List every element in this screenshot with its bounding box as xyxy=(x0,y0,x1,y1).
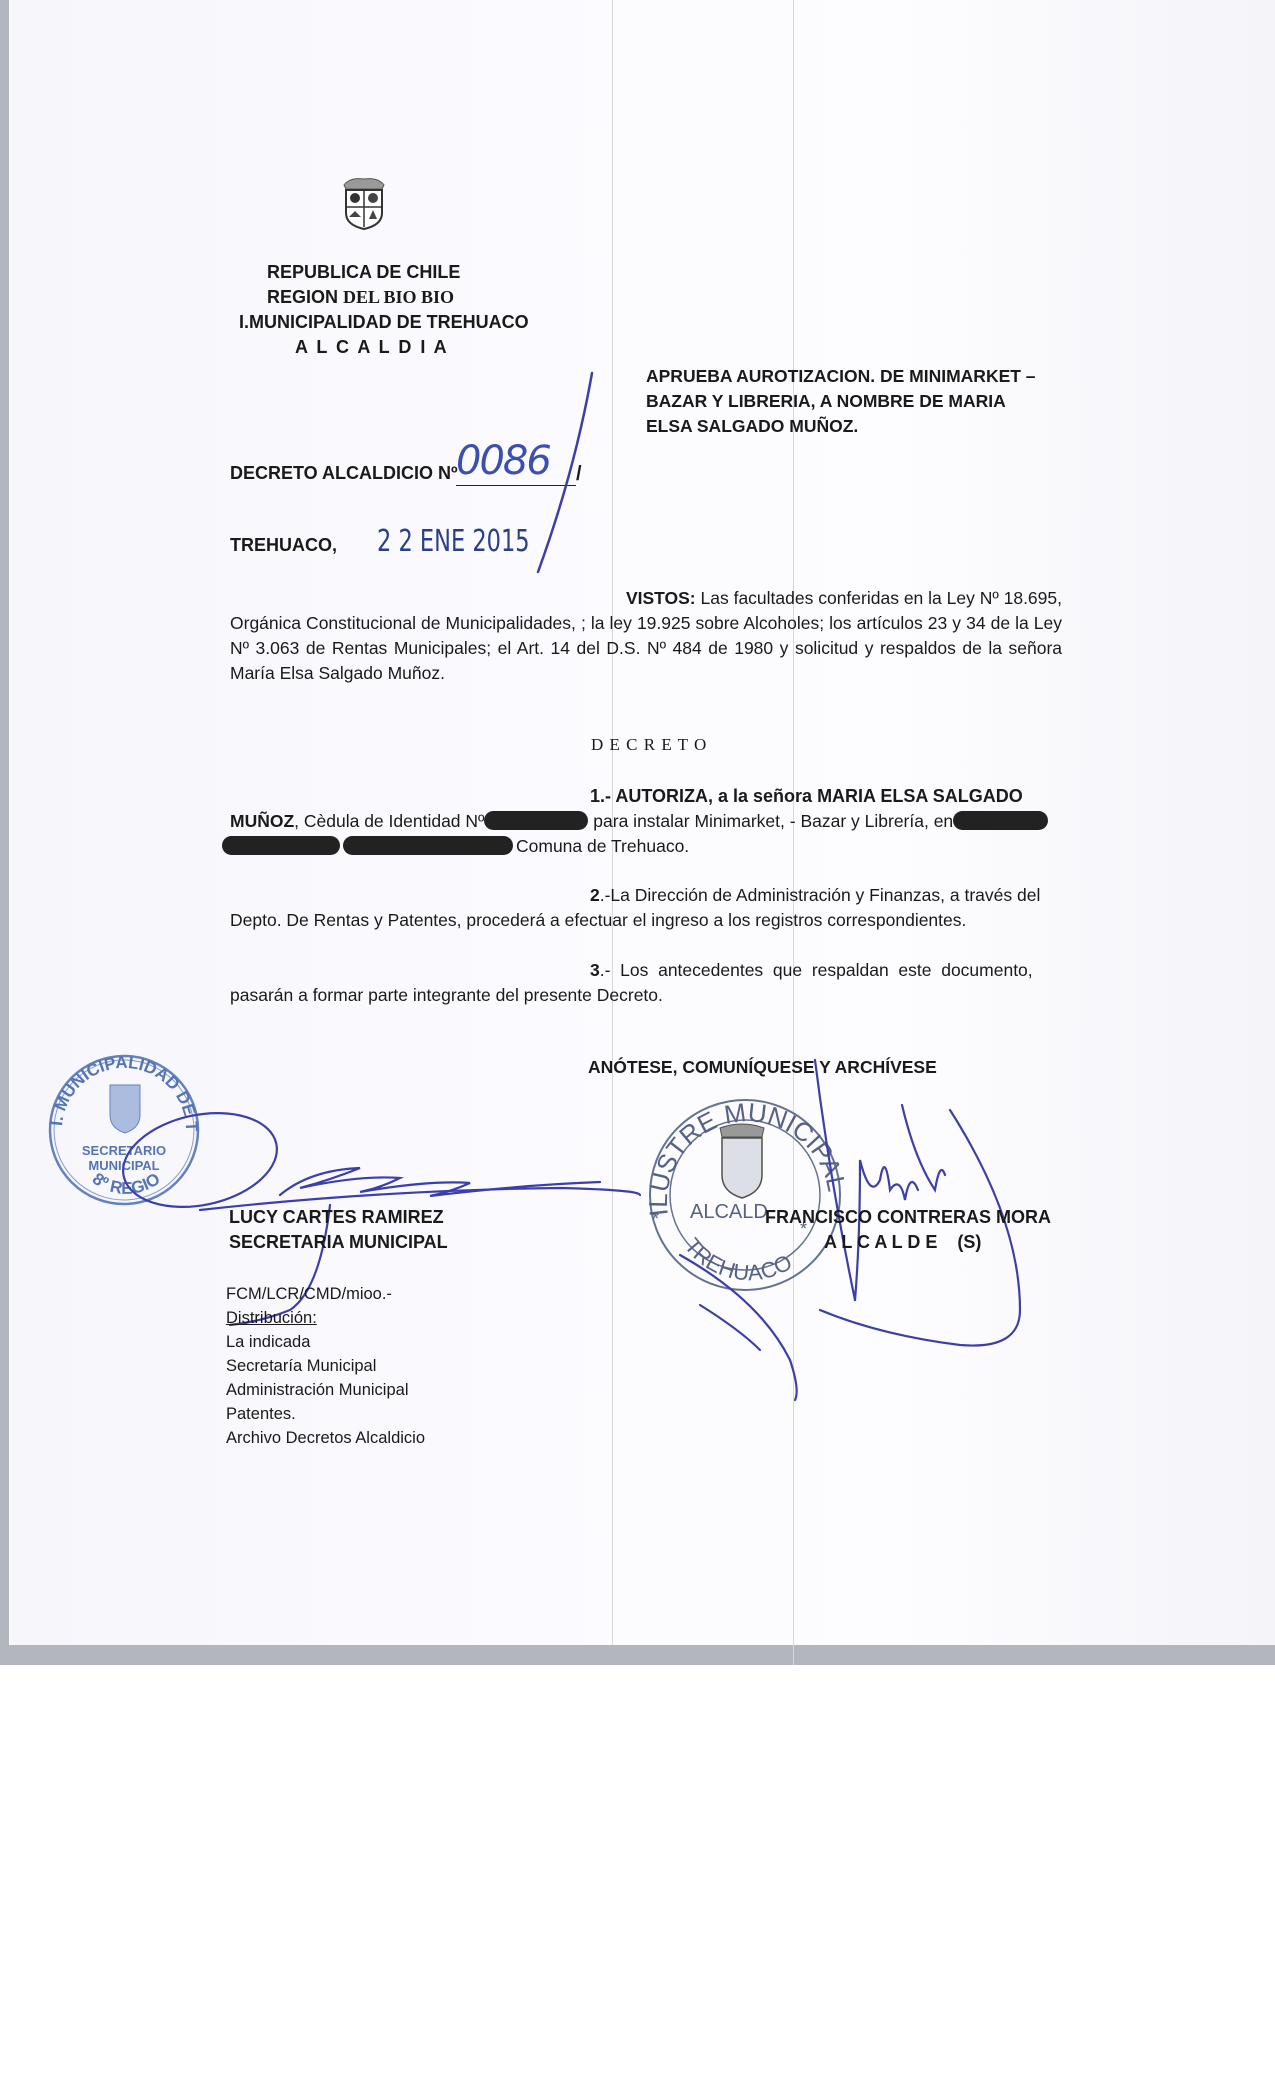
item-3-lead: 3.- Los antecedentes que respaldan este … xyxy=(590,958,1062,983)
distribution-item: Administración Municipal xyxy=(226,1378,409,1402)
distribution-label: Distribución: xyxy=(226,1306,317,1330)
mayor-name: FRANCISCO CONTRERAS MORA xyxy=(765,1205,1051,1230)
item-2-lead: 2.-La Dirección de Administración y Fina… xyxy=(590,883,1040,908)
subject-line-2: BAZAR Y LIBRERIA, A NOMBRE DE MARIA xyxy=(646,389,1006,414)
decree-label: DECRETO ALCALDICIO Nº xyxy=(230,461,458,486)
distribution-item: La indicada xyxy=(226,1330,310,1354)
place-label: TREHUACO, xyxy=(230,533,337,558)
coat-of-arms-icon xyxy=(336,175,392,231)
item-2-number: 2 xyxy=(590,885,600,905)
redacted-id-number xyxy=(484,811,588,830)
vistos-label: VISTOS: xyxy=(626,588,696,608)
reference-initials: FCM/LCR/CMD/mioo.- xyxy=(226,1282,392,1306)
item-2-rest: Depto. De Rentas y Patentes, procederá a… xyxy=(230,908,966,933)
header-republic: REPUBLICA DE CHILE xyxy=(267,260,460,285)
item-3-first: .- Los antecedentes que respaldan este d… xyxy=(600,960,1033,980)
redacted-address xyxy=(222,836,340,855)
vistos-paragraph: VISTOS: Las facultades conferidas en la … xyxy=(230,586,1062,686)
header-alcaldia: A L C A L D I A xyxy=(295,335,449,360)
redacted-address xyxy=(953,811,1048,830)
decree-number-underline xyxy=(456,485,576,486)
closing-formula: ANÓTESE, COMUNÍQUESE Y ARCHÍVESE xyxy=(588,1055,937,1080)
item-1-name: MUÑOZ xyxy=(230,811,294,831)
vistos-text: Orgánica Constitucional de Municipalidad… xyxy=(230,611,1062,686)
header-region-name: DEL BIO BIO xyxy=(343,287,454,307)
header-region: REGION DEL BIO BIO xyxy=(267,285,454,310)
item-1-number: 1.- xyxy=(590,786,611,806)
vistos-text-first: Las facultades conferidas en la Ley Nº 1… xyxy=(696,588,1062,608)
item-2-first: .-La Dirección de Administración y Finan… xyxy=(600,885,1041,905)
item-1-lead: 1.- AUTORIZA, a la señora MARIA ELSA SAL… xyxy=(590,784,1023,809)
header-municipality: I.MUNICIPALIDAD DE TREHUACO xyxy=(239,310,529,335)
distribution-item: Patentes. xyxy=(226,1402,296,1426)
item-3-number: 3 xyxy=(590,960,600,980)
item-1-purpose: para instalar Minimarket, - Bazar y Libr… xyxy=(588,811,953,831)
item-1-line-2: MUÑOZ, Cèdula de Identidad Nº para insta… xyxy=(230,809,1048,834)
item-1-id-label: , Cèdula de Identidad Nº xyxy=(294,811,484,831)
distribution-item: Secretaría Municipal xyxy=(226,1354,376,1378)
item-1-commune: Comuna de Trehuaco. xyxy=(516,836,689,856)
subject-line-1: APRUEBA AUROTIZACION. DE MINIMARKET – xyxy=(646,364,1036,389)
distribution-item: Archivo Decretos Alcaldicio xyxy=(226,1426,425,1450)
item-1-bold: AUTORIZA, a la señora MARIA ELSA SALGADO xyxy=(611,786,1023,806)
item-1-line-3: Comuna de Trehuaco. xyxy=(222,834,689,859)
decree-number-handwritten: 0086 xyxy=(456,438,550,484)
item-3-rest: pasarán a formar parte integrante del pr… xyxy=(230,983,663,1008)
header-region-prefix: REGION xyxy=(267,287,343,307)
secretary-title: SECRETARIA MUNICIPAL xyxy=(229,1230,448,1255)
decree-number-slash: / xyxy=(576,463,582,486)
redacted-neighborhood xyxy=(343,836,513,855)
decreto-heading: D E C R E T O xyxy=(591,735,707,755)
subject-line-3: ELSA SALGADO MUÑOZ. xyxy=(646,414,858,439)
date-stamp: 2 2 ENE 2015 xyxy=(377,524,530,559)
secretary-name: LUCY CARTES RAMIREZ xyxy=(229,1205,444,1230)
mayor-title: A L C A L D E (S) xyxy=(824,1230,981,1255)
vistos-first-line: VISTOS: Las facultades conferidas en la … xyxy=(230,586,1062,611)
